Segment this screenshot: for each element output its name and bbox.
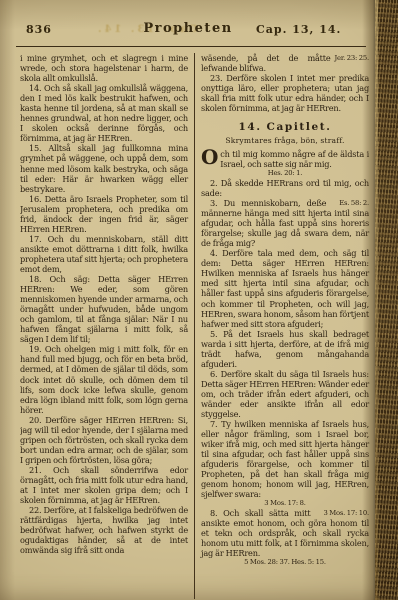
text-paragraph: 7. Ty hwilken menniska af Israels hus, e…	[201, 419, 369, 499]
cross-reference: Jer. 23: 25.	[331, 53, 369, 63]
text-paragraph: 22. Derföre, at I falskeliga bedröfwen d…	[20, 505, 188, 555]
text-paragraph: 3 Mos. 17: 10.8. Och skall sätta mitt an…	[201, 508, 369, 558]
text-paragraph: 5. På det Israels hus skall bedraget war…	[201, 329, 369, 369]
paragraph-text: 19. Och ohelgen mig i mitt folk, för en …	[20, 344, 188, 414]
text-paragraph: 3 Mos. 17: 8.	[201, 499, 369, 508]
text-paragraph: 14. Och så skall jag omkullslå wäggena, …	[20, 83, 188, 143]
paragraph-text: 14. Capitlet.	[239, 121, 332, 133]
text-paragraph: 16. Detta äro Israels Propheter, som til…	[20, 194, 188, 234]
header-rule	[16, 46, 366, 47]
paragraph-text: 23. Derföre skolen I intet mer predika o…	[201, 73, 369, 113]
book-photo: 836 Cap. 13. 14. Propheten Cap. 13, 14. …	[0, 0, 398, 600]
paragraph-text: 6. Derföre skalt du säga til Israels hus…	[201, 369, 369, 419]
text-paragraph: 19. Och ohelgen mig i mitt folk, för en …	[20, 344, 188, 414]
page-header: 836 Cap. 13. 14. Propheten Cap. 13, 14.	[0, 20, 376, 46]
paragraph-text: 20. Derföre säger HErren HERren: Si, jag…	[20, 415, 188, 465]
cross-reference: Es. 58: 2.	[326, 198, 369, 208]
text-paragraph: 15. Alltså skall jag fullkomna mina grym…	[20, 143, 188, 193]
paragraph-text: 5. På det Israels hus skall bedraget war…	[201, 329, 369, 369]
text-paragraph: Jer. 23: 25.wäsende, på det de måtte lef…	[201, 53, 369, 73]
paragraph-text: Hes. 20: 1.	[268, 169, 303, 177]
text-paragraph: 20. Derföre säger HErren HERren: Si, jag…	[20, 415, 188, 465]
text-paragraph: 17. Och du menniskobarn, ställ ditt ansi…	[20, 234, 188, 274]
text-column-right: Jer. 23: 25.wäsende, på det de måtte lef…	[194, 53, 369, 599]
paragraph-text: ch til mig kommo någre af de äldsta i Is…	[220, 149, 369, 169]
paragraph-text: 2. Då skedde HERrans ord til mig, och sa…	[201, 178, 369, 198]
text-paragraph: 14. Capitlet.	[201, 121, 369, 133]
text-paragraph: Och til mig kommo någre af de äldsta i I…	[201, 149, 369, 169]
text-paragraph: Es. 58: 2.3. Du menniskobarn, deße männe…	[201, 198, 369, 248]
paragraph-text: 5 Mos. 28: 37. Hes. 5: 15.	[244, 558, 326, 566]
text-paragraph: 23. Derföre skolen I intet mer predika o…	[201, 73, 369, 113]
paragraph-text: i mine grymhet, och et slagregn i mine w…	[20, 53, 188, 83]
chapter-range: Cap. 13, 14.	[256, 23, 341, 36]
paragraph-text: 14. Och så skall jag omkullslå wäggena, …	[20, 83, 188, 143]
paragraph-text: Skrymtares fråga, bön, straff.	[225, 136, 344, 145]
drop-cap: O	[201, 149, 220, 167]
text-paragraph: 5 Mos. 28: 37. Hes. 5: 15.	[201, 558, 369, 567]
paragraph-text: 21. Och skall sönderrifwa edor örnagått,…	[20, 465, 188, 505]
book-page: 836 Cap. 13. 14. Propheten Cap. 13, 14. …	[0, 0, 376, 600]
paragraph-text: 15. Alltså skall jag fullkomna mina grym…	[20, 143, 188, 193]
book-fore-edge	[375, 0, 398, 600]
paragraph-text: 16. Detta äro Israels Propheter, som til…	[20, 194, 188, 234]
text-paragraph: 21. Och skall sönderrifwa edor örnagått,…	[20, 465, 188, 505]
text-column-left: i mine grymhet, och et slagregn i mine w…	[20, 53, 194, 599]
paragraph-text: 18. Och säg: Detta säger HErren HERren: …	[20, 274, 188, 344]
text-block: i mine grymhet, och et slagregn i mine w…	[20, 53, 370, 599]
text-paragraph: 2. Då skedde HERrans ord til mig, och sa…	[201, 178, 369, 198]
paragraph-text: wäsende, på det de måtte lefwande blifwa…	[201, 53, 331, 73]
paragraph-text: 7. Ty hwilken menniska af Israels hus, e…	[201, 419, 369, 499]
text-paragraph: Hes. 20: 1.	[201, 169, 369, 178]
paragraph-text: 3 Mos. 17: 8.	[264, 499, 305, 507]
paragraph-text: 22. Derföre, at I falskeliga bedröfwen d…	[20, 505, 188, 555]
text-paragraph: 4. Derföre tala med dem, och säg til dem…	[201, 248, 369, 328]
paragraph-text: 4. Derföre tala med dem, och säg til dem…	[201, 248, 369, 328]
text-paragraph: i mine grymhet, och et slagregn i mine w…	[20, 53, 188, 83]
paragraph-text: 17. Och du menniskobarn, ställ ditt ansi…	[20, 234, 188, 274]
text-paragraph: 18. Och säg: Detta säger HErren HERren: …	[20, 274, 188, 344]
cross-reference: 3 Mos. 17: 10.	[310, 508, 369, 518]
text-paragraph: 6. Derföre skalt du säga til Israels hus…	[201, 369, 369, 419]
text-paragraph: Skrymtares fråga, bön, straff.	[201, 136, 369, 145]
